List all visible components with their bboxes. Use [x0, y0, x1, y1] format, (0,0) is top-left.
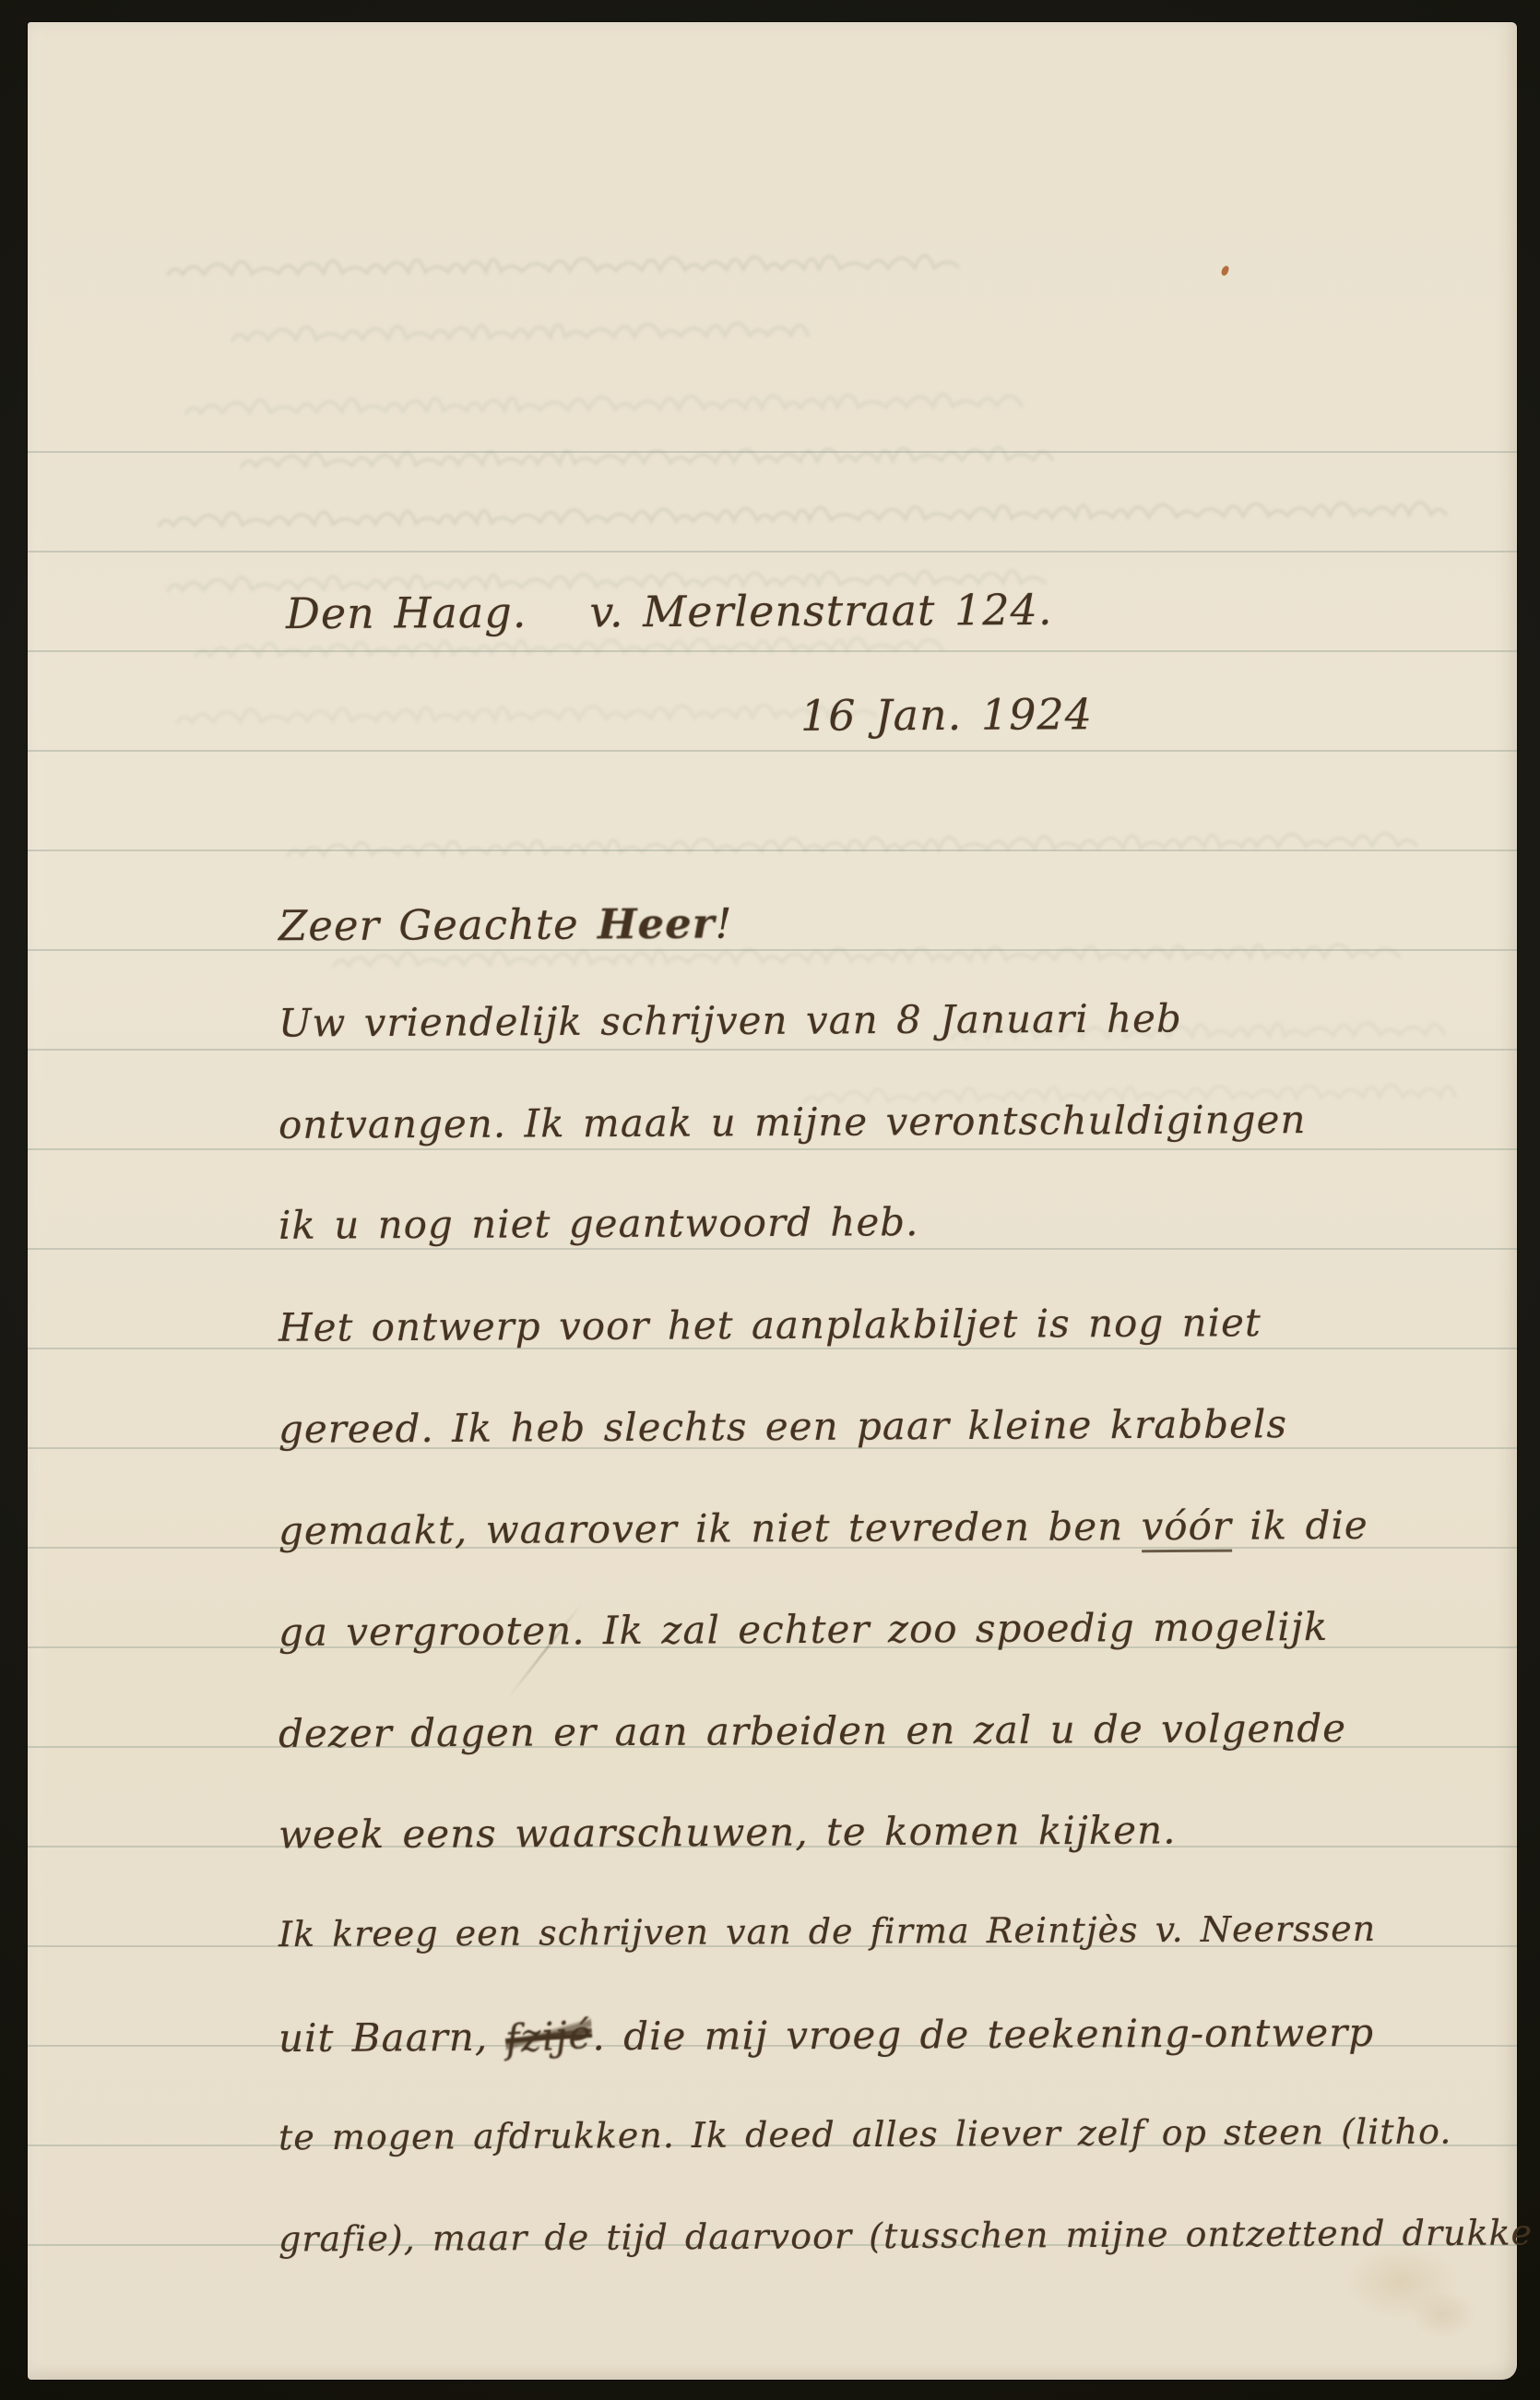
body-text: grafie), maar de tijd daarvoor (tusschen…: [278, 2212, 1533, 2259]
body-text: ga vergrooten. Ik zal echter zoo spoedig…: [278, 1604, 1329, 1655]
body-line: ga vergrooten. Ik zal echter zoo spoedig…: [278, 1604, 1329, 1655]
body-text: week eens waarschuwen, te komen kijken.: [278, 1807, 1177, 1857]
body-text: gemaakt, waarover ik niet tevreden ben: [278, 1503, 1142, 1553]
date-line: 16 Jan. 1924: [800, 689, 1093, 741]
body-text: ontvangen. Ik maak u mijne verontschuldi…: [278, 1097, 1307, 1147]
place-text: Den Haag.: [286, 588, 527, 638]
bleedthrough-line: [240, 430, 1070, 480]
salutation-line: Zeer Geachte Heer!: [278, 899, 733, 951]
photo-background: Den Haag.v. Merlenstraat 124. 16 Jan. 19…: [0, 0, 1540, 2400]
body-line: week eens waarschuwen, te komen kijken.: [278, 1807, 1177, 1857]
body-text: Uw vriendelijk schrijven van 8 Januari h…: [278, 995, 1182, 1045]
letter-page: Den Haag.v. Merlenstraat 124. 16 Jan. 19…: [28, 22, 1517, 2380]
body-text: te mogen afdrukken. Ik deed alles liever…: [278, 2111, 1452, 2158]
body-line: ik u nog niet geantwoord heb.: [278, 1199, 919, 1248]
street-text: v. Merlenstraat 124.: [589, 585, 1052, 637]
underlined-word: vóór: [1141, 1503, 1232, 1553]
body-line: uit Baarn, fzijé. die mij vroeg de teeke…: [278, 2010, 1374, 2061]
bleedthrough-line: [184, 376, 1033, 426]
address-line: Den Haag.v. Merlenstraat 124.: [286, 585, 1053, 638]
body-text: dezer dagen er aan arbeiden en zal u de …: [278, 1705, 1346, 1756]
body-line: te mogen afdrukken. Ik deed alles liever…: [278, 2111, 1452, 2158]
body-line: grafie), maar de tijd daarvoor (tusschen…: [278, 2212, 1533, 2259]
paper-stain: [1411, 2291, 1475, 2337]
salutation-name: Heer: [598, 899, 716, 949]
bleedthrough-line: [175, 687, 876, 736]
body-text: Het ontwerp voor het aanplakbiljet is no…: [278, 1300, 1262, 1350]
body-text: gereed. Ik heb slechts een paar kleine k…: [278, 1401, 1287, 1452]
body-text: ik u nog niet geantwoord heb.: [278, 1199, 919, 1248]
salutation-text: Zeer Geachte: [278, 899, 598, 950]
body-text: . die mij vroeg de teekening-ontwerp: [592, 2010, 1374, 2059]
body-text: uit Baarn,: [278, 2014, 506, 2061]
body-line: Het ontwerp voor het aanplakbiljet is no…: [278, 1300, 1262, 1350]
ruled-lines: [28, 353, 1517, 2246]
body-line: ontvangen. Ik maak u mijne verontschuldi…: [278, 1097, 1307, 1147]
bleedthrough-line: [286, 816, 1429, 869]
salutation-exclaim: !: [715, 899, 732, 948]
body-line: Ik kreeg een schrijven van de firma Rein…: [278, 1908, 1376, 1954]
body-text: ik die: [1232, 1503, 1368, 1549]
crossed-out-word: fzijé: [504, 2012, 594, 2061]
body-line: Uw vriendelijk schrijven van 8 Januari h…: [278, 995, 1182, 1045]
body-line: gereed. Ik heb slechts een paar kleine k…: [278, 1401, 1287, 1452]
body-text: Ik kreeg een schrijven van de firma Rein…: [278, 1908, 1376, 1954]
body-line: dezer dagen er aan arbeiden en zal u de …: [278, 1705, 1346, 1756]
bleedthrough-line: [166, 238, 959, 288]
body-line: gemaakt, waarover ik niet tevreden ben v…: [278, 1503, 1368, 1553]
rust-speck: [1220, 265, 1229, 277]
bleedthrough-line: [231, 305, 821, 353]
bleedthrough-line: [157, 485, 1466, 539]
